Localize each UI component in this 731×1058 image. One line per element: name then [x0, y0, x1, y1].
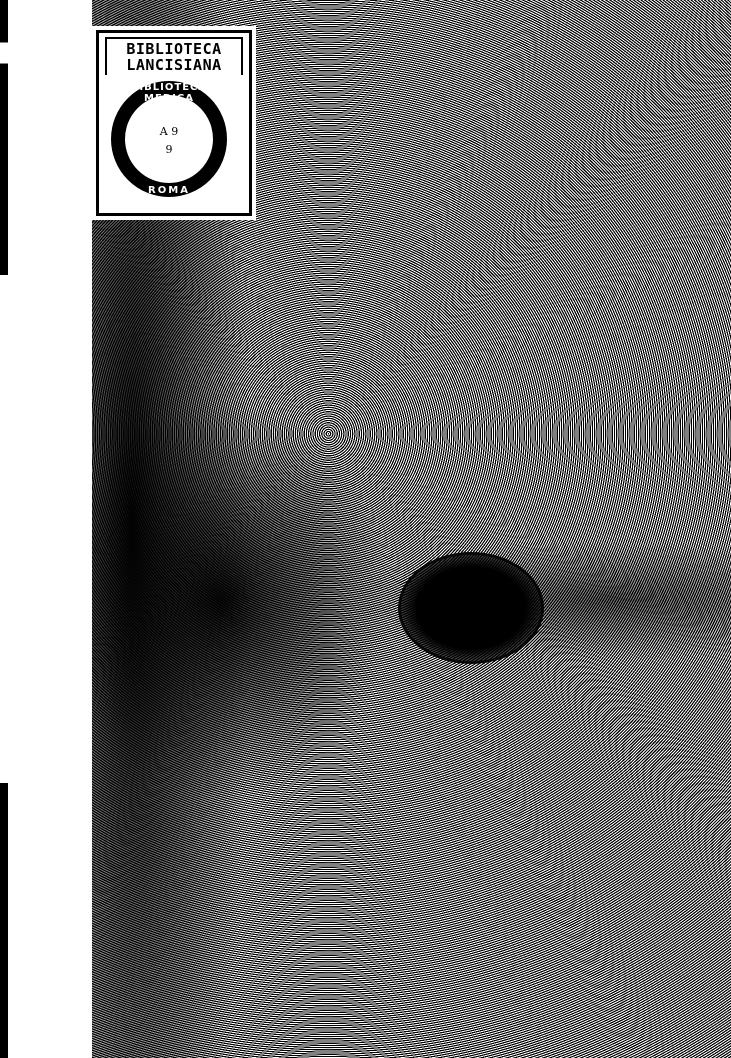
shelfmark-line1: A 9: [125, 123, 213, 141]
label-library-name-line1: BIBLIOTECA: [111, 41, 237, 57]
library-seal-stamp: BIBLIOTECA MEDICA A 9 9 ROMA: [111, 81, 227, 197]
center-oval-stamp: [398, 552, 544, 664]
handwritten-shelfmark: A 9 9: [125, 123, 213, 159]
library-label: BIBLIOTECA LANCISIANA BIBLIOTECA MEDICA …: [96, 30, 252, 216]
shelfmark-line2: 9: [125, 141, 213, 159]
spine-strip: [8, 0, 92, 1058]
seal-bottom-text: ROMA: [125, 185, 213, 196]
label-library-name-line2: LANCISIANA: [111, 57, 237, 73]
seal-top-text: BIBLIOTECA MEDICA: [125, 82, 213, 104]
label-header: BIBLIOTECA LANCISIANA: [105, 37, 243, 75]
page-edge: [0, 0, 8, 1058]
